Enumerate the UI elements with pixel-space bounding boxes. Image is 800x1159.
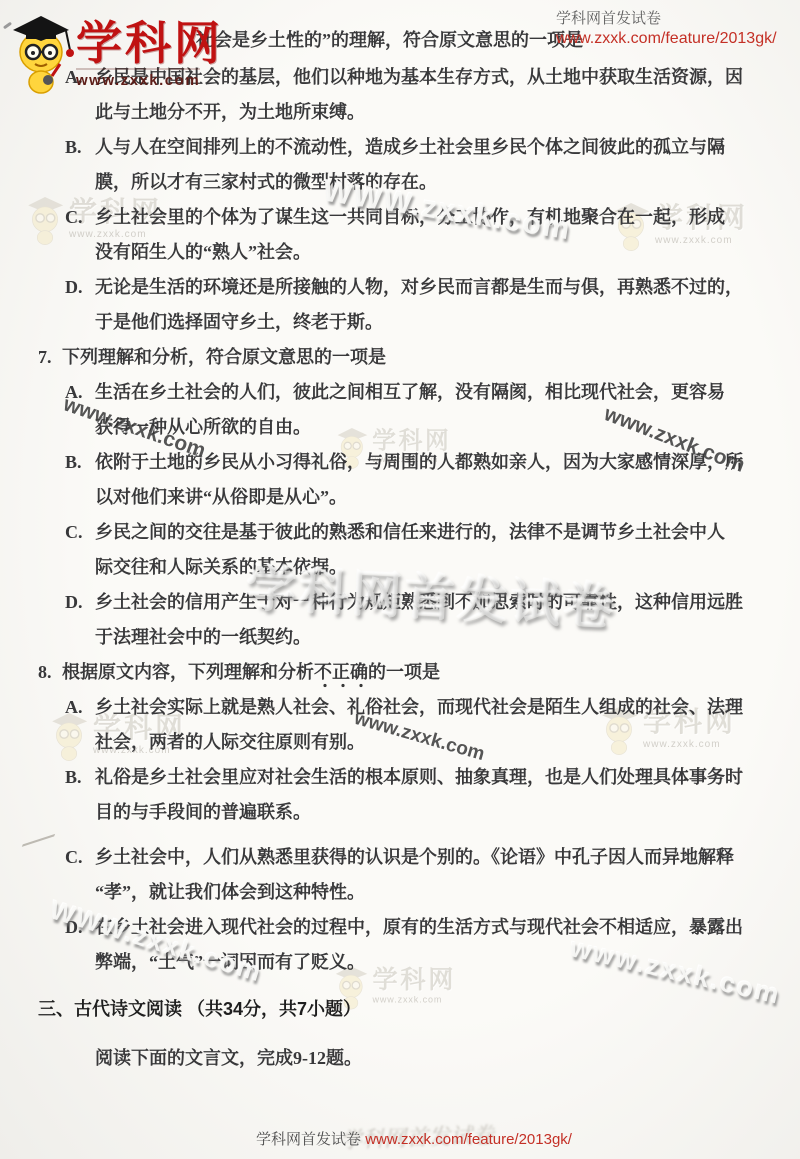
option-text-line: 生活在乡土社会的人们，彼此之间相互了解，没有隔阂，相比现代社会，更容易: [95, 375, 778, 410]
question-stem-text: 的一项是: [368, 662, 440, 682]
footer-label: 学科网首发试卷: [256, 1131, 361, 1148]
publisher-block: 学科网首发试卷 www.zxxk.com/feature/2013gk/: [556, 10, 777, 49]
publisher-label: 学科网首发试卷: [556, 10, 777, 28]
page-footer: 学科网首发试卷 www.zxxk.com/feature/2013gk/: [14, 1128, 800, 1149]
question-stem-emphasis: 不正确: [314, 662, 368, 688]
option-text-line: 膜，所以才有三家村式的微型村落的存在。: [95, 165, 778, 200]
option-text-line: 无论是生活的环境还是所接触的人物，对乡民而言都是生而与俱，再熟悉不过的，: [95, 270, 778, 305]
option-text-line: 获得一种从心所欲的自由。: [95, 410, 778, 445]
question-6-option-c: C. 乡土社会里的个体为了谋生这一共同目标，分工协作，有机地聚合在一起，形成 没…: [38, 200, 778, 270]
question-7-option-c: C. 乡民之间的交往是基于彼此的熟悉和信任来进行的，法律不是调节乡土社会中人 际…: [38, 515, 778, 585]
option-text-line: 于法理社会中的一纸契约。: [95, 620, 778, 655]
option-letter: A.: [65, 375, 83, 410]
option-letter: B.: [65, 445, 82, 480]
option-text-line: 在乡土社会进入现代社会的过程中，原有的生活方式与现代社会不相适应，暴露出: [95, 910, 778, 945]
publisher-url: www.zxxk.com/feature/2013gk/: [556, 29, 777, 49]
question-6-option-b: B. 人与人在空间排列上的不流动性，造成乡土社会里乡民个体之间彼此的孤立与隔 膜…: [38, 130, 778, 200]
section-heading: 三、古代诗文阅读 （共34分，共7小题）: [38, 992, 778, 1027]
option-letter: C.: [65, 515, 83, 550]
option-text-line: 乡土社会中，人们从熟悉里获得的认识是个别的。《论语》中孔子因人而异地解释: [95, 840, 778, 875]
question-8-option-b: B. 礼俗是乡土社会里应对社会生活的根本原则、抽象真理，也是人们处理具体事务时 …: [38, 760, 778, 830]
question-7-stem: 7. 下列理解和分析，符合原文意思的一项是: [38, 340, 778, 375]
option-text-line: 弊端，“土气”一词因而有了贬义。: [95, 945, 778, 980]
option-letter: B.: [65, 760, 82, 795]
option-text-line: 目的与手段间的普遍联系。: [95, 795, 778, 830]
question-number: 8.: [38, 655, 52, 690]
footer-url: www.zxxk.com/feature/2013gk/: [365, 1131, 572, 1148]
question-7-option-b: B. 依附于土地的乡民从小习得礼俗，与周围的人都熟如亲人，因为大家感情深厚，所 …: [38, 445, 778, 515]
option-text-line: 乡民之间的交往是基于彼此的熟悉和信任来进行的，法律不是调节乡土社会中人: [95, 515, 778, 550]
option-letter: B.: [65, 130, 82, 165]
question-7-option-a: A. 生活在乡土社会的人们，彼此之间相互了解，没有隔阂，相比现代社会，更容易 获…: [38, 375, 778, 445]
option-letter: D.: [65, 585, 83, 620]
option-text-line: 乡土社会实际上就是熟人社会、礼俗社会，而现代社会是陌生人组成的社会、法理: [95, 690, 778, 725]
brand-url: www.zxxk.com: [76, 68, 200, 89]
option-text-line: 依附于土地的乡民从小习得礼俗，与周围的人都熟如亲人，因为大家感情深厚，所: [95, 445, 778, 480]
question-stem-text: 根据原文内容，下列理解和分析: [62, 662, 314, 682]
scanned-exam-page: { "header": { "brand": "学科网", "brand_url…: [0, 0, 800, 1159]
question-8-option-c: C. 乡土社会中，人们从熟悉里获得的认识是个别的。《论语》中孔子因人而异地解释 …: [38, 840, 778, 910]
option-text-line: 社会，两者的人际交往原则有别。: [95, 725, 778, 760]
exam-content: 社会是乡土性的”的理解，符合原文意思的一项是 A. 乡民是中国社会的基层，他们以…: [38, 0, 778, 1076]
option-text-line: 于是他们选择固守乡土，终老于斯。: [95, 305, 778, 340]
option-text-line: 乡土社会的信用产生于对一种行为规矩熟悉到不加思索时的可靠性，这种信用远胜: [95, 585, 778, 620]
brand-name: 学科网: [76, 20, 223, 66]
question-8-stem: 8. 根据原文内容，下列理解和分析不正确的一项是: [38, 655, 778, 690]
question-8-option-d: D. 在乡土社会进入现代社会的过程中，原有的生活方式与现代社会不相适应，暴露出 …: [38, 910, 778, 980]
option-letter: C.: [65, 840, 83, 875]
option-text-line: 以对他们来讲“从俗即是从心”。: [95, 480, 778, 515]
option-letter: D.: [65, 270, 83, 305]
question-7-option-d: D. 乡土社会的信用产生于对一种行为规矩熟悉到不加思索时的可靠性，这种信用远胜 …: [38, 585, 778, 655]
option-letter: C.: [65, 200, 83, 235]
question-stem-text: 下列理解和分析，符合原文意思的一项是: [62, 347, 386, 367]
mascot-icon: [8, 6, 74, 103]
option-letter: A.: [65, 690, 83, 725]
question-number: 7.: [38, 340, 52, 375]
question-6-option-d: D. 无论是生活的环境还是所接触的人物，对乡民而言都是生而与俱，再熟悉不过的， …: [38, 270, 778, 340]
option-text-line: 际交往和人际关系的基本依据。: [95, 550, 778, 585]
option-text-line: 礼俗是乡土社会里应对社会生活的根本原则、抽象真理，也是人们处理具体事务时: [95, 760, 778, 795]
option-text-line: 人与人在空间排列上的不流动性，造成乡土社会里乡民个体之间彼此的孤立与隔: [95, 130, 778, 165]
option-text-line: 没有陌生人的“熟人”社会。: [95, 235, 778, 270]
zxxk-logo: 学科网 www.zxxk.com: [8, 6, 223, 103]
option-text-line: “孝”，就让我们体会到这种特性。: [95, 875, 778, 910]
option-letter: D.: [65, 910, 83, 945]
option-text-line: 乡土社会里的个体为了谋生这一共同目标，分工协作，有机地聚合在一起，形成: [95, 200, 778, 235]
question-8-option-a: A. 乡土社会实际上就是熟人社会、礼俗社会，而现代社会是陌生人组成的社会、法理 …: [38, 690, 778, 760]
section-intro: 阅读下面的文言文，完成9-12题。: [38, 1041, 778, 1076]
